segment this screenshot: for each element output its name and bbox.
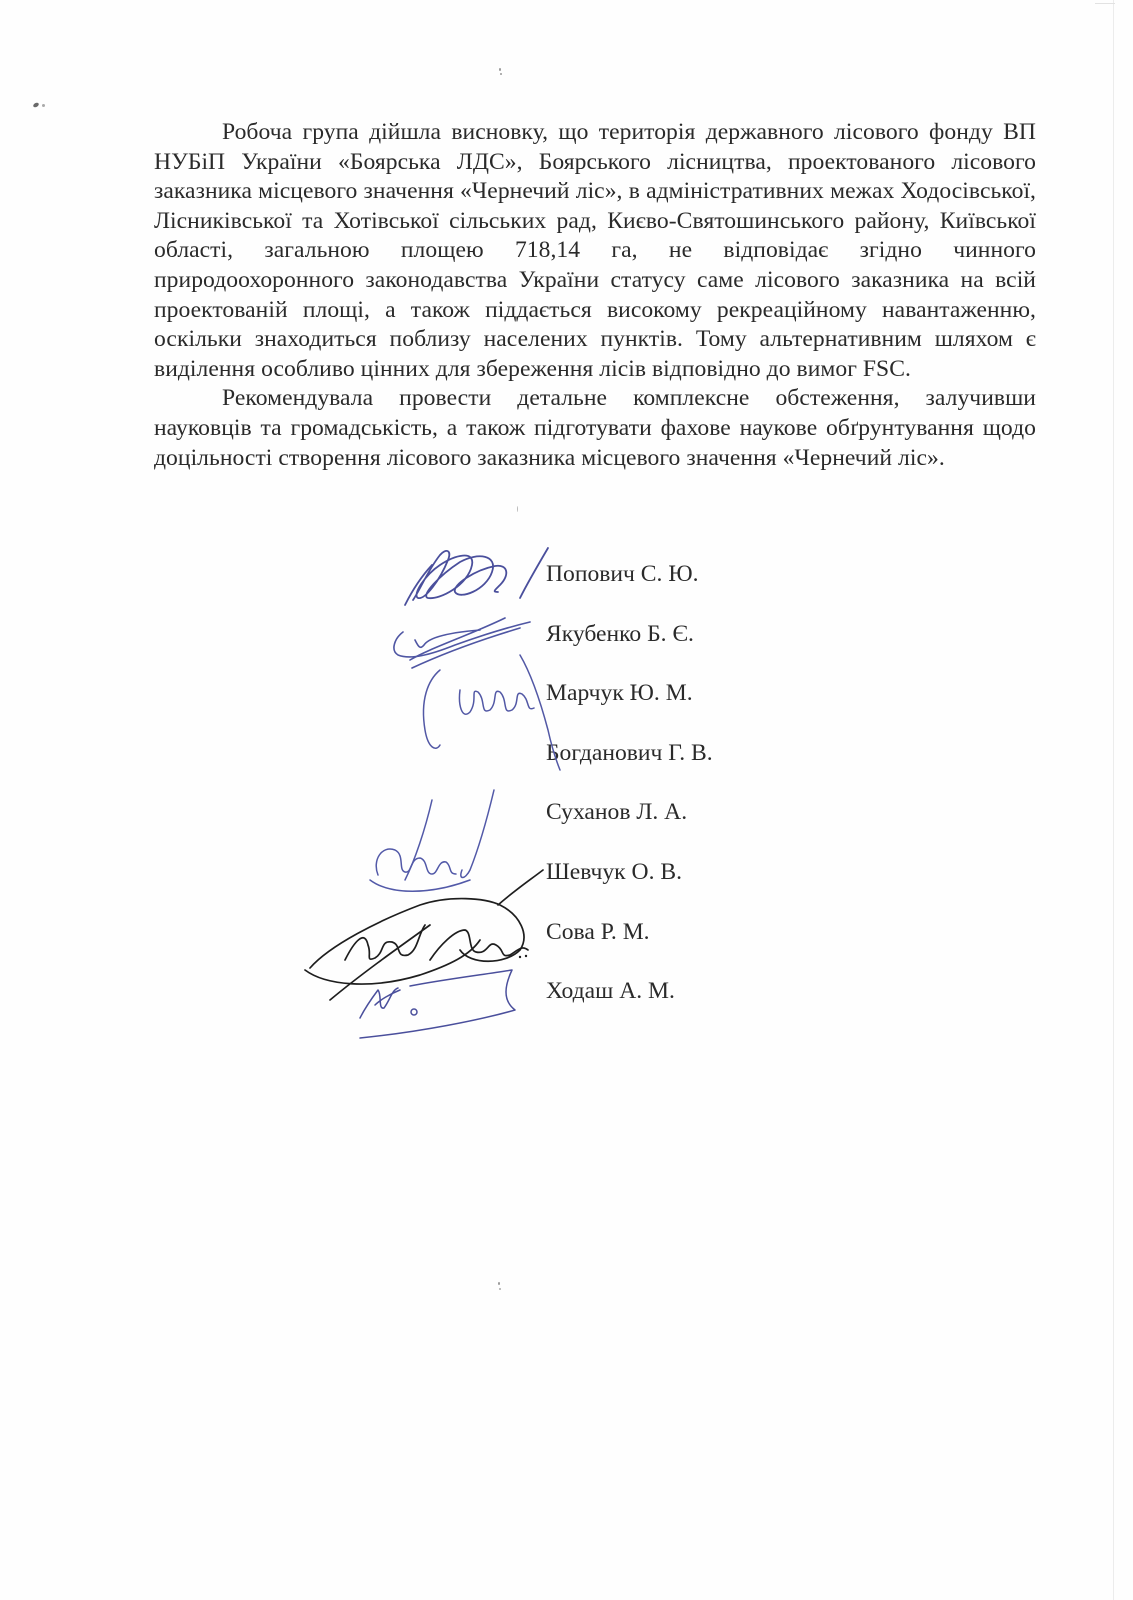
paragraph-conclusion: Робоча група дійшла висновку, що територ…: [154, 118, 1036, 384]
signature-sukhanov-icon: [370, 790, 494, 891]
scan-speck: [32, 102, 39, 108]
signatory-name: Якубенко Б. Є.: [546, 622, 713, 682]
scan-speck: [42, 104, 45, 107]
signatory-name: Сова Р. М.: [546, 920, 713, 980]
scan-speck: [517, 506, 518, 512]
paragraph-recommendation: Рекомендувала провести детальне комплекс…: [154, 384, 1036, 473]
signatory-name: Ходаш А. М.: [546, 979, 713, 1039]
signature-marchuk-icon: [423, 655, 560, 770]
signatory-name: Марчук Ю. М.: [546, 681, 713, 741]
signature-popovych-icon: [405, 548, 548, 605]
scan-edge-line-top: [1095, 3, 1115, 4]
signatory-name: Попович С. Ю.: [546, 562, 713, 622]
scan-speck: [498, 1282, 500, 1285]
scan-speck: [499, 1288, 501, 1290]
signatory-name: Шевчук О. В.: [546, 860, 713, 920]
body-text: Робоча група дійшла висновку, що територ…: [154, 118, 1036, 473]
scan-speck: [500, 73, 502, 75]
scan-speck: [499, 68, 501, 71]
signature-sova-icon: [305, 870, 543, 1000]
scan-edge-line: [1113, 0, 1114, 1600]
signature-yakubenko-icon: [394, 618, 530, 668]
document-page: Робоча група дійшла висновку, що територ…: [0, 0, 1133, 1600]
signature-khodash-icon: [360, 970, 515, 1038]
signatories-list: Попович С. Ю. Якубенко Б. Є. Марчук Ю. М…: [546, 562, 713, 1039]
signatory-name: Суханов Л. А.: [546, 800, 713, 860]
signatory-name: Богданович Г. В.: [546, 741, 713, 801]
